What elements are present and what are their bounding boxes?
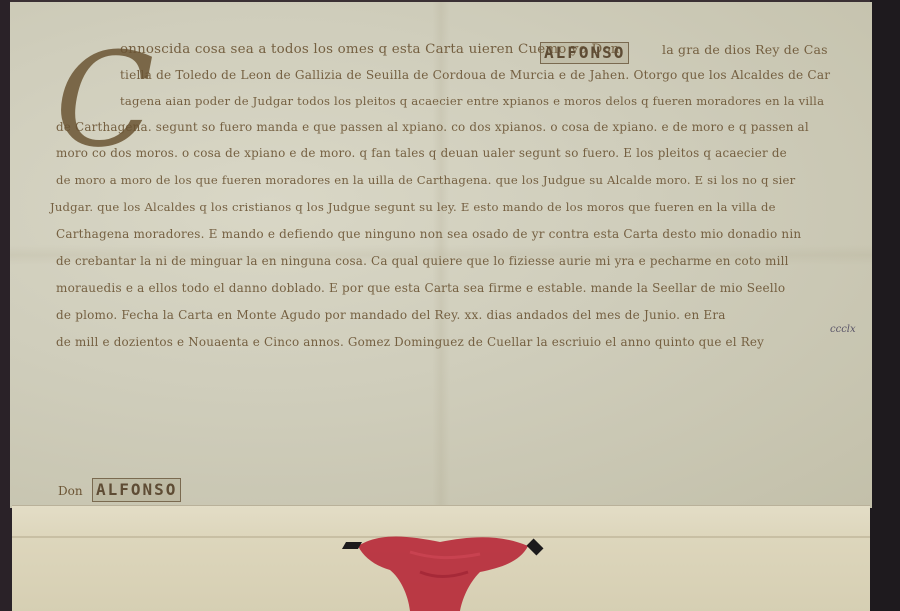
decorated-initial: C [55, 40, 125, 162]
text-line-8: Carthagena moradores. E mando e defiendo… [56, 227, 801, 241]
royal-name-box-bottom: ALFONSO [92, 478, 181, 502]
text-line-7: Judgar. que los Alcaldes q los cristiano… [50, 200, 776, 214]
frame-left-edge [0, 0, 10, 611]
text-line-6: de moro a moro de los que fueren morador… [56, 173, 795, 187]
text-line-11: de plomo. Fecha la Carta en Monte Agudo … [56, 308, 726, 322]
text-line-10: morauedis e a ellos todo el danno doblad… [56, 281, 785, 295]
silk-cord-icon [350, 532, 540, 611]
text-line-2: tiella de Toledo de Leon de Gallizia de … [120, 68, 830, 82]
signature-prefix: Don [58, 484, 83, 498]
margin-annotation: ccclx [830, 324, 856, 335]
text-line-9: de crebantar la ni de minguar la en ning… [56, 254, 789, 268]
text-line-5: moro co dos moros. o cosa de xpiano e de… [56, 146, 787, 160]
royal-name-box-top: ALFONSO [540, 42, 629, 64]
text-line-3: tagena aian poder de Judgar todos los pl… [120, 94, 824, 108]
seal-cords [350, 532, 540, 611]
text-line-4: de Carthagena. segunt so fuero manda e q… [56, 120, 809, 134]
text-line-12: de mill e dozientos e Nouaenta e Cinco a… [56, 335, 764, 349]
frame-right-edge [870, 0, 900, 611]
text-line-1b: la gra de dios Rey de Cas [662, 42, 828, 57]
